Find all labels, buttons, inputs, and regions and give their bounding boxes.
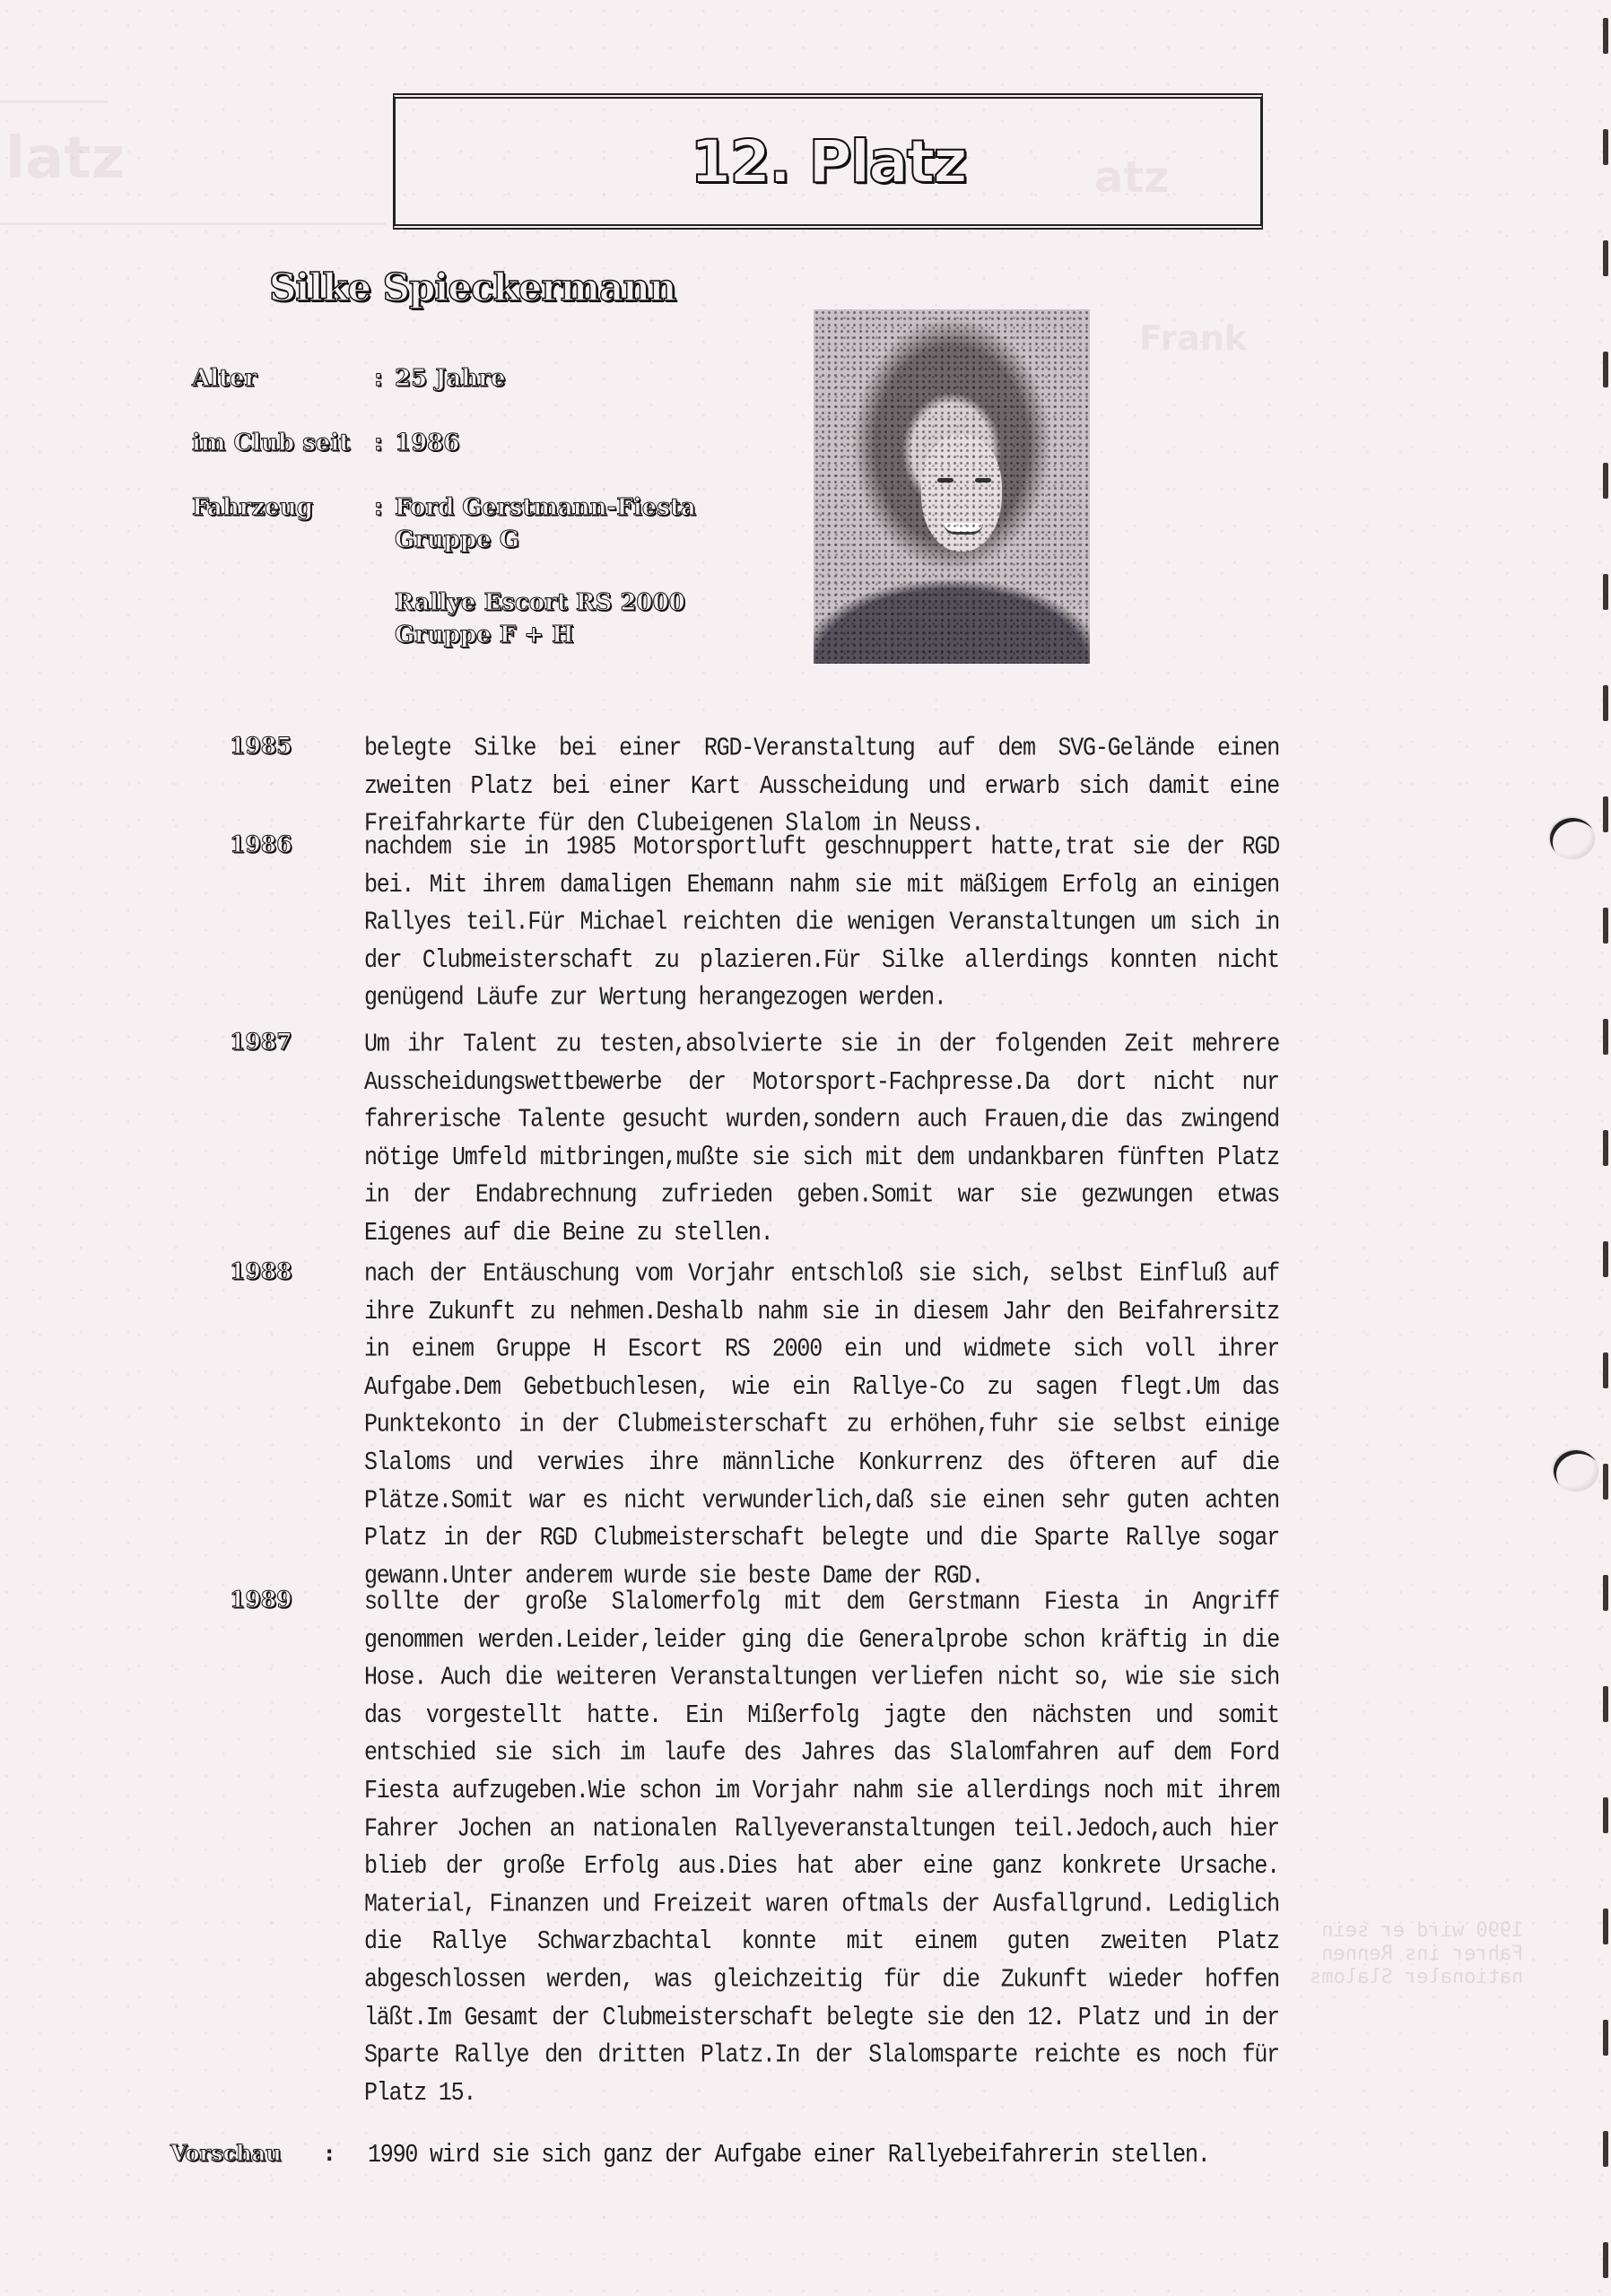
fact-value-line: 1986 xyxy=(395,427,459,459)
year-label: 1988 xyxy=(230,1256,364,1584)
biography: 1985 belegte Silke bei einer RGD-Veranst… xyxy=(230,730,1279,2059)
bio-paragraph: belegte Silke bei einer RGD-Veranstaltun… xyxy=(364,730,1279,843)
edge-mark xyxy=(1603,908,1608,944)
bio-section: 1989 sollte der große Slalomerfolg mit d… xyxy=(230,1584,1279,2059)
edge-mark xyxy=(1603,796,1608,832)
bleed-through-line xyxy=(0,100,108,103)
fact-value-line: 25 Jahre xyxy=(395,362,506,395)
photo-eye xyxy=(975,478,991,483)
bio-section: 1987 Um ihr Talent zu testen,absolvierte… xyxy=(230,1026,1279,1256)
fact-age: Alter : 25 Jahre xyxy=(192,362,696,395)
fact-label: Alter xyxy=(192,362,371,395)
bio-section: 1986 nachdem sie in 1985 Motorsportluft … xyxy=(230,829,1279,1026)
edge-mark xyxy=(1603,1464,1608,1500)
edge-mark xyxy=(1603,1575,1608,1611)
bleed-through-title: latz xyxy=(5,126,125,192)
bio-section: 1985 belegte Silke bei einer RGD-Veranst… xyxy=(230,730,1279,829)
fact-value-line: Gruppe G xyxy=(395,524,696,556)
preview-text: 1990 wird sie sich ganz der Aufgabe eine… xyxy=(368,2140,1210,2170)
edge-mark xyxy=(1603,574,1608,610)
edge-mark xyxy=(1603,2242,1608,2278)
edge-mark xyxy=(1603,1686,1608,1722)
preview-label: Vorschau xyxy=(170,2140,323,2166)
bio-paragraph: nachdem sie in 1985 Motorsportluft gesch… xyxy=(364,829,1279,1017)
fact-value-line: Gruppe F + H xyxy=(395,619,696,651)
year-label: 1989 xyxy=(230,1584,364,2059)
portrait-photo xyxy=(814,309,1090,664)
title-frame: 12. Platz xyxy=(393,93,1263,230)
year-label: 1986 xyxy=(230,829,364,1026)
edge-mark xyxy=(1603,18,1608,54)
fact-value: Ford Gerstmann-Fiesta Gruppe G Rallye Es… xyxy=(395,491,696,651)
fact-value: 25 Jahre xyxy=(395,362,506,395)
page-title: 12. Platz xyxy=(690,127,965,196)
bleed-through-text: 1990 wird er sein Fahrer ins Rennen nati… xyxy=(1310,1919,1523,1989)
binder-hole xyxy=(1554,1450,1598,1492)
edge-mark xyxy=(1603,2020,1608,2056)
bio-paragraph: Um ihr Talent zu testen,absolvierte sie … xyxy=(364,1026,1279,1252)
fact-value-line: Ford Gerstmann-Fiesta xyxy=(395,491,696,524)
edge-mark xyxy=(1603,240,1608,276)
edge-mark xyxy=(1603,1352,1608,1388)
edge-mark xyxy=(1603,463,1608,499)
edge-mark xyxy=(1603,1019,1608,1055)
edge-mark xyxy=(1603,352,1608,387)
edge-mark xyxy=(1603,685,1608,721)
fact-club-since: im Club seit : 1986 xyxy=(192,427,696,459)
edge-mark xyxy=(1603,1130,1608,1166)
binder-hole xyxy=(1550,818,1595,859)
fact-vehicle: Fahrzeug : Ford Gerstmann-Fiesta Gruppe … xyxy=(192,491,696,651)
bleed-through-name: Frank xyxy=(1139,318,1247,358)
bio-section: 1988 nach der Entäuschung vom Vorjahr en… xyxy=(230,1256,1279,1584)
preview-separator: : xyxy=(323,2141,368,2166)
spacer xyxy=(395,556,696,587)
fact-value: 1986 xyxy=(395,427,459,459)
bio-paragraph: sollte der große Slalomerfolg mit dem Ge… xyxy=(364,1584,1279,2112)
preview: Vorschau : 1990 wird sie sich ganz der A… xyxy=(170,2140,1210,2168)
bio-paragraph: nach der Entäuschung vom Vorjahr entschl… xyxy=(364,1256,1279,1596)
year-label: 1985 xyxy=(230,730,364,829)
edge-mark xyxy=(1603,2131,1608,2167)
fact-separator: : xyxy=(371,491,395,651)
year-label: 1987 xyxy=(230,1026,364,1256)
fact-separator: : xyxy=(371,427,395,459)
edge-mark xyxy=(1603,1797,1608,1833)
edge-mark xyxy=(1603,1241,1608,1277)
photo-face xyxy=(921,435,1002,552)
fact-separator: : xyxy=(371,362,395,395)
fact-label: im Club seit xyxy=(192,427,371,459)
photo-eye xyxy=(937,478,954,483)
bleed-through-line xyxy=(0,222,386,225)
fact-sheet: Alter : 25 Jahre im Club seit : 1986 Fah… xyxy=(192,362,696,683)
fact-label: Fahrzeug xyxy=(192,491,371,651)
fact-value-line: Rallye Escort RS 2000 xyxy=(395,587,696,619)
photo-mouth xyxy=(944,523,983,535)
person-name: Silke Spieckermann xyxy=(269,265,675,309)
edge-mark xyxy=(1603,1909,1608,1944)
edge-mark xyxy=(1603,129,1608,165)
